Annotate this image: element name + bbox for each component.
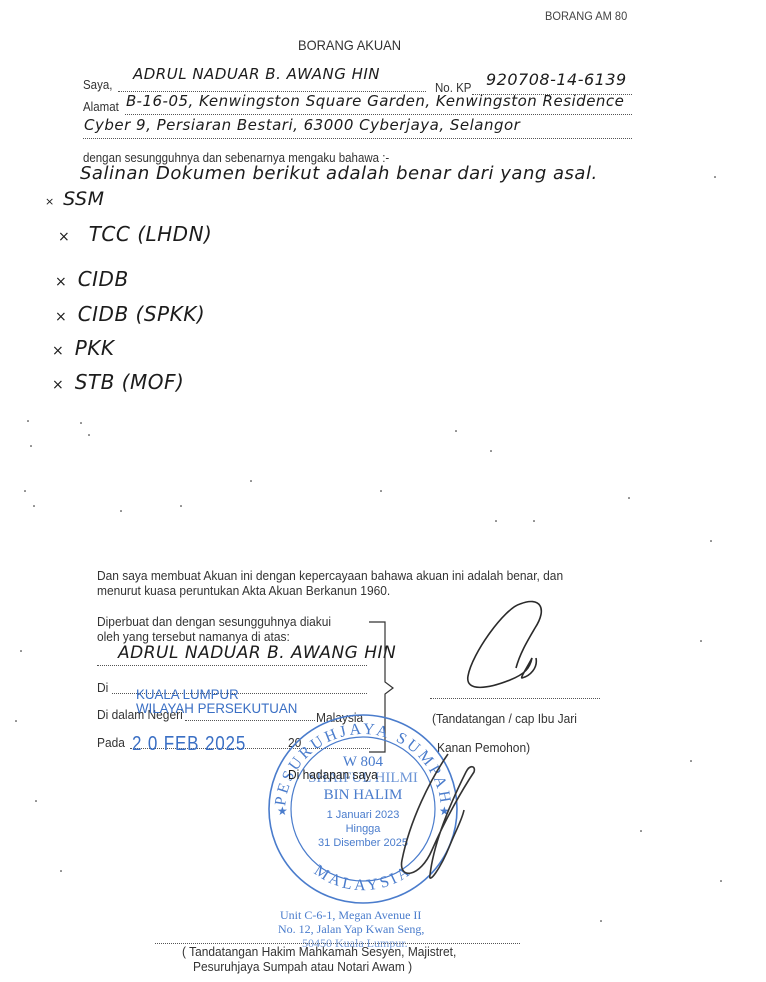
bullet-cross-icon: ×: [52, 377, 64, 393]
alamat-label: Alamat: [83, 100, 119, 114]
commissioner-caption-line2: Pesuruhjaya Sumpah atau Notari Awam ): [193, 959, 412, 974]
list-item: × SSM: [45, 188, 105, 210]
pada-label: Pada: [97, 735, 125, 750]
bullet-cross-icon: ×: [52, 343, 64, 359]
statement-handwritten: Salinan Dokumen berikut adalah benar dar…: [80, 163, 598, 184]
bullet-cross-icon: ×: [45, 195, 55, 208]
saya-label: Saya,: [83, 78, 112, 92]
signer-name-field[interactable]: ADRUL NADUAR B. AWANG HIN: [118, 643, 396, 663]
list-item: × PKK: [52, 336, 114, 360]
dihadapan-label: Di hadapan saya: [288, 767, 378, 782]
di-label: Di: [97, 680, 108, 695]
bullet-cross-icon: ×: [55, 274, 67, 290]
date-stamp[interactable]: 2 0 FEB 2025: [132, 733, 246, 756]
form-code: BORANG AM 80: [545, 9, 627, 23]
list-item: × TCC (LHDN): [58, 222, 212, 246]
signer-name-rule: [97, 664, 367, 666]
document-label: CIDB: [78, 267, 129, 291]
commissioner-caption-line1: ( Tandatangan Hakim Mahkamah Sesyen, Maj…: [182, 944, 456, 959]
commissioner-address-line1: Unit C-6-1, Megan Avenue II: [280, 908, 421, 923]
bullet-cross-icon: ×: [58, 229, 70, 245]
applicant-signature-icon: [450, 598, 560, 698]
list-item: × CIDB (SPKK): [55, 302, 205, 326]
document-label: CIDB (SPKK): [78, 302, 205, 326]
closing-line1: Dan saya membuat Akuan ini dengan keperc…: [97, 568, 563, 583]
bullet-cross-icon: ×: [55, 309, 67, 325]
document-label: PKK: [75, 336, 115, 360]
document-label: TCC (LHDN): [89, 222, 213, 246]
address-line1-rule: [125, 113, 632, 115]
closing-line2: menurut kuasa peruntukan Akta Akuan Berk…: [97, 583, 390, 598]
attestation-intro-line2: oleh yang tersebut namanya di atas:: [97, 629, 290, 644]
list-item: × STB (MOF): [52, 370, 184, 394]
commissioner-signature-icon: [390, 750, 480, 890]
address-line1-field[interactable]: B-16-05, Kenwingston Square Garden, Kenw…: [126, 92, 624, 110]
document-label: STB (MOF): [75, 370, 185, 394]
address-line2-rule: [83, 137, 632, 139]
nokp-field[interactable]: 920708-14-6139: [486, 70, 627, 89]
declarant-name-field[interactable]: ADRUL NADUAR B. AWANG HIN: [133, 65, 380, 83]
list-item: × CIDB: [55, 267, 129, 291]
document-label: SSM: [63, 188, 104, 210]
commissioner-address-line2: No. 12, Jalan Yap Kwan Seng,: [278, 922, 424, 937]
address-line2-field[interactable]: Cyber 9, Persiaran Bestari, 63000 Cyberj…: [84, 116, 520, 134]
attestation-intro-line1: Diperbuat dan dengan sesungguhnya diakui: [97, 614, 331, 629]
page-title: BORANG AKUAN: [298, 37, 401, 53]
